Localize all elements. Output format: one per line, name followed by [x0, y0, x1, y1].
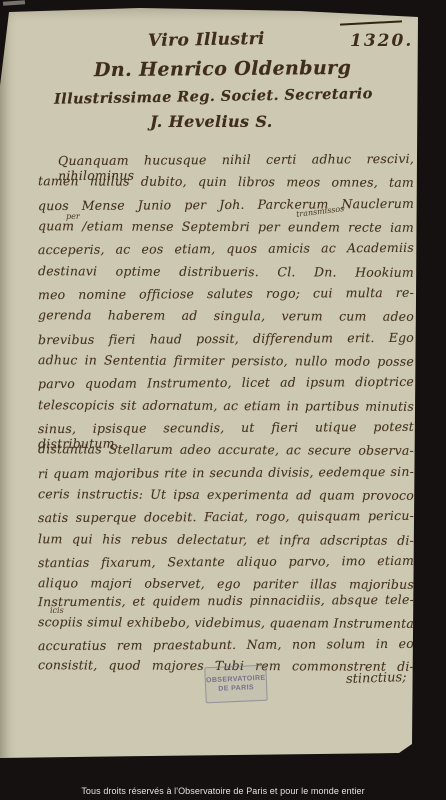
body-line: ri quam majoribus rite in secunda divisi…	[38, 464, 414, 486]
body-line: scopiis simul exhibebo, videbimus, quaen…	[38, 614, 414, 636]
observatoire-de-paris-stamp: OBSERVATOIRE DE PARIS	[204, 665, 268, 704]
body-line: Quanquam hucusque nihil certi adhuc resc…	[58, 151, 414, 173]
body-line: satis superque docebit. Faciat, rogo, qu…	[38, 508, 414, 530]
body-line: telescopicis sit adornatum, ac etiam in …	[38, 397, 414, 419]
letter-addressee: Dn. Henrico Oldenburg	[94, 57, 351, 81]
interlinear-insertion: icis	[50, 606, 64, 615]
body-line: accuratius rem praestabunt. Nam, non sol…	[38, 636, 414, 658]
body-line: lum qui his rebus delectatur, et infra a…	[38, 531, 414, 553]
stamp-line-1: OBSERVATOIRE	[206, 675, 266, 685]
manuscript-scan: Viro Illustri 1320. Dn. Henrico Oldenbur…	[0, 0, 446, 800]
body-line: Instrumentis, et quidem nudis pinnacidii…	[38, 592, 414, 614]
body-line: distantias Stellarum adeo accurate, ac s…	[38, 441, 414, 463]
letter-addressee-title: Illustrissimae Reg. Societ. Secretario	[54, 85, 373, 108]
body-line: tamen nullus dubito, quin libros meos om…	[38, 173, 414, 195]
mat-edge-highlight	[3, 0, 25, 6]
body-line: adhuc in Sententia firmiter persisto, nu…	[38, 352, 414, 374]
letter-heading-viro-illustri: Viro Illustri	[148, 29, 265, 51]
copyright-caption: Tous droits réservés à l'Observatoire de…	[0, 786, 446, 796]
interlinear-insertion: per	[66, 212, 80, 221]
body-line: sinus, ipsisque secundis, ut fieri utiqu…	[38, 419, 414, 441]
body-line: meo nomine officiose salutes rogo; cui m…	[38, 285, 414, 307]
page-number-overline	[340, 20, 402, 25]
body-line: stantias fixarum, Sextante aliquo parvo,…	[38, 553, 414, 575]
body-line: quam /etiam mense Septembri per eundem r…	[38, 218, 414, 240]
body-line: brevibus fieri haud possit, differendum …	[38, 330, 414, 352]
stamp-line-2: DE PARIS	[218, 684, 254, 693]
archive-page-number: 1320.	[350, 31, 413, 51]
body-line: quos Mense Junio per Joh. Parckerum Nauc…	[38, 196, 414, 218]
letter-salutation: J. Hevelius S.	[150, 112, 273, 131]
letter-page: Viro Illustri 1320. Dn. Henrico Oldenbur…	[0, 0, 446, 800]
body-line: parvo quodam Instrumento, licet ad ipsum…	[38, 374, 414, 396]
body-line: destinavi optime distribueris. Cl. Dn. H…	[38, 263, 414, 285]
body-line: acceperis, ac eos etiam, quos amicis ac …	[38, 240, 414, 262]
body-line: ceris instructis: Ut ipsa experimenta ad…	[38, 486, 414, 508]
body-line: gerenda haberem ad singula, verum cum ad…	[38, 307, 414, 329]
catchword: stinctius;	[346, 670, 407, 687]
